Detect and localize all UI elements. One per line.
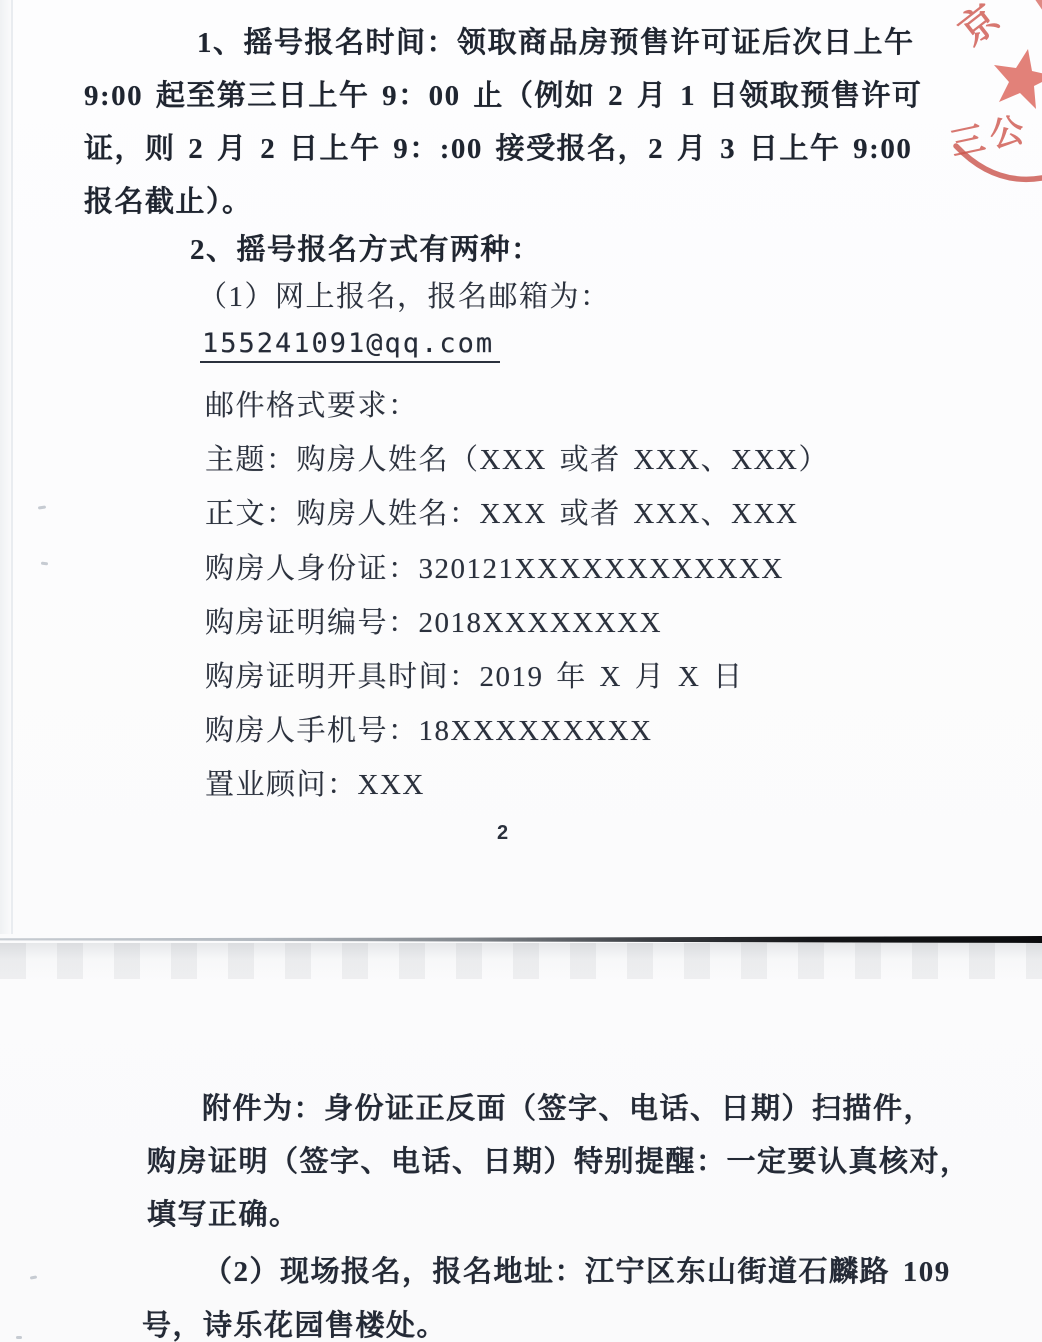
document-line: 邮件格式要求： <box>205 383 419 424</box>
paper-edge-line <box>11 0 13 934</box>
seal-stroke-fragment <box>1034 0 1042 22</box>
document-line: 1、摇号报名时间：领取商品房预售许可证后次日上午 <box>197 20 915 61</box>
email-address: 155241091@qq.com <box>200 328 500 363</box>
document-line: 填写正确。 <box>147 1192 300 1233</box>
document-line: 正文：购房人姓名：XXX 或者 XXX、XXX <box>205 491 799 532</box>
document-line: （1）网上报名，报名邮箱为： <box>198 274 611 315</box>
scanned-document: { "document": { "page1": { "lines": [ "1… <box>0 0 1042 1342</box>
scan-speck <box>16 1336 22 1339</box>
document-line: 报名截止）。 <box>84 179 253 220</box>
document-line: 附件为：身份证正反面（签字、电话、日期）扫描件， <box>202 1086 934 1127</box>
document-line: 购房证明编号：2018XXXXXXXX <box>205 600 662 641</box>
seal-text-top: 京 <box>952 0 1008 54</box>
document-line: （2）现场报名，报名地址：江宁区东山街道石麟路 109 <box>203 1249 951 1290</box>
seal-text-bottom: 三公 <box>947 111 1033 164</box>
red-seal-stamp: 京 三公 <box>930 0 1042 220</box>
scan-shadow-band <box>0 943 1042 979</box>
document-line: 2、摇号报名方式有两种： <box>190 227 542 268</box>
document-line: 证，则 2 月 2 日上午 9：:00 接受报名，2 月 3 日上午 9:00 <box>84 126 912 167</box>
page-number: 2 <box>497 822 508 845</box>
seal-star-icon <box>994 49 1042 109</box>
scan-speck <box>30 1275 37 1279</box>
document-line: 购房证明（签字、电话、日期）特别提醒：一定要认真核对， <box>147 1139 971 1180</box>
document-line: 号，诗乐花园售楼处。 <box>142 1303 447 1342</box>
document-line: 购房证明开具时间：2019 年 X 月 X 日 <box>205 654 744 695</box>
document-line: 购房人手机号：18XXXXXXXXX <box>205 708 653 749</box>
document-line: 置业顾问：XXX <box>205 762 425 803</box>
document-line: 9:00 起至第三日上午 9：00 止（例如 2 月 1 日领取预售许可 <box>84 73 922 114</box>
document-line: 购房人身份证：320121XXXXXXXXXXXX <box>205 546 784 587</box>
scan-speck <box>41 562 48 566</box>
document-line: 主题：购房人姓名（XXX 或者 XXX、XXX） <box>205 437 829 478</box>
scan-speck <box>38 505 46 509</box>
page-separator <box>0 936 1042 943</box>
